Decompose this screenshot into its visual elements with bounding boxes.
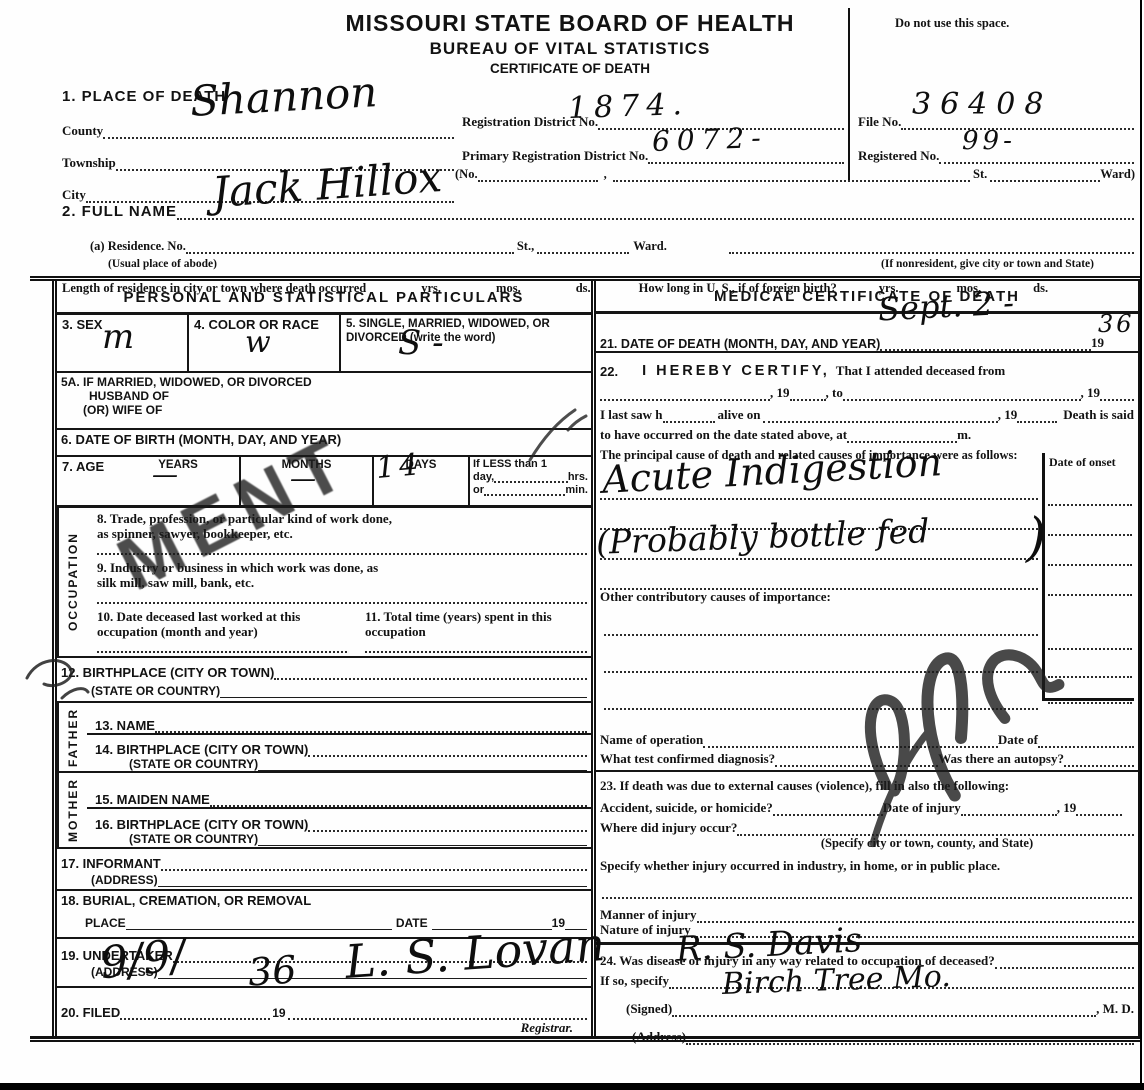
birthplace-12-row: 12. BIRTHPLACE (CITY OR TOWN) (STATE OR … xyxy=(57,658,591,703)
father-birthplace-sub: (STATE OR COUNTRY) xyxy=(129,757,258,771)
sex-label: 3. SEX xyxy=(62,317,102,332)
full-name-label: 2. FULL NAME xyxy=(62,203,177,220)
last-saw-row: I last saw h alive on , 19 Death is said xyxy=(596,401,1138,423)
alive-on-label: alive on xyxy=(715,407,764,423)
birthplace-12-subline xyxy=(220,687,587,698)
date-of-death-handwritten: Sept. 2 - xyxy=(877,286,1014,325)
onset-line-4 xyxy=(1048,585,1132,596)
residence-subnotes-row: (Usual place of abode) (If nonresident, … xyxy=(62,254,1134,270)
father-block: FATHER 13. NAME 14. BIRTHPLACE (CITY OR … xyxy=(57,703,591,773)
sex-race-marital-row: 3. SEX 4. COLOR OR RACE 5. SINGLE, MARRI… xyxy=(57,315,591,373)
marital-handwritten: S - xyxy=(398,326,444,360)
last-saw-label: I last saw h xyxy=(600,407,663,423)
date-of-death-year-handwritten: 36 xyxy=(1098,312,1135,336)
informant-address-label: (ADDRESS) xyxy=(91,873,158,887)
primary-district-handwritten: 6072- xyxy=(652,124,769,156)
manner-line xyxy=(697,912,1134,923)
onset-line-2 xyxy=(1048,525,1132,536)
physician-address-handwritten: Birch Tree Mo. xyxy=(722,962,952,1000)
county-handwritten: Shannon xyxy=(189,71,378,123)
birthplace-12-sub: (STATE OR COUNTRY) xyxy=(91,684,220,698)
medical-header-row: MEDICAL CERTIFICATE OF DEATH xyxy=(596,281,1138,314)
informant-label: 17. INFORMANT xyxy=(61,856,161,871)
filed-19: 19 xyxy=(270,1006,287,1020)
age-cell: 7. AGE xyxy=(57,457,117,505)
residence-st-line xyxy=(537,243,629,254)
last-saw-line1 xyxy=(663,412,715,423)
filed-date-line xyxy=(120,1009,270,1020)
signed-label: (Signed) xyxy=(626,1001,672,1017)
burial-place-label: PLACE xyxy=(85,916,126,930)
certify-rest: That I attended deceased from xyxy=(836,363,1005,379)
filed-label: 20. FILED xyxy=(61,1005,120,1020)
mother-block: MOTHER 15. MAIDEN NAME 16. BIRTHPLACE (C… xyxy=(57,773,591,849)
city-no-label: (No. xyxy=(455,167,478,182)
filed-row: 20. FILED 19 Registrar. xyxy=(57,988,591,1035)
marital-cell: 5. SINGLE, MARRIED, WIDOWED, OR DIVORCED… xyxy=(339,315,591,371)
seg-19c: , 19 xyxy=(998,407,1018,423)
mother-maiden-label: 15. MAIDEN NAME xyxy=(95,792,210,807)
county-label: County xyxy=(62,123,103,139)
accident-label: Accident, suicide, or homicide? xyxy=(600,800,773,816)
alive-on-line xyxy=(763,412,997,423)
birthplace-12-label: 12. BIRTHPLACE (CITY OR TOWN) xyxy=(61,665,274,680)
residence-nonresident-line xyxy=(729,243,1134,254)
hrs-line xyxy=(494,472,568,483)
where-injury-label: Where did injury occur? xyxy=(600,820,737,836)
attended-19a-line xyxy=(790,390,826,401)
attended-to-line xyxy=(843,390,1081,401)
mother-fields: 15. MAIDEN NAME 16. BIRTHPLACE (CITY OR … xyxy=(87,773,591,847)
injury-extra-line xyxy=(602,888,1132,899)
residence-st-label: St., xyxy=(514,239,537,254)
city-ward-line xyxy=(990,171,1100,182)
certify-bold: I HEREBY CERTIFY, xyxy=(624,363,830,379)
mother-maiden-line xyxy=(210,796,587,807)
scan-right-edge xyxy=(1140,0,1142,1090)
scan-bottom-edge xyxy=(0,1083,1144,1090)
sex-handwritten: m xyxy=(102,320,134,354)
abode-note: (Usual place of abode) xyxy=(108,258,217,270)
if-so-label: If so, specify xyxy=(600,973,669,989)
cause-close-paren-handwritten: ) xyxy=(1026,512,1046,564)
date-of-death-line xyxy=(880,340,1091,351)
filed-signature-line xyxy=(288,1009,587,1020)
city-number-row: (No. , St. Ward) xyxy=(455,162,1135,182)
onset-line-1 xyxy=(1048,495,1132,506)
seg-to: , to xyxy=(826,385,843,401)
manner-label: Manner of injury xyxy=(600,907,697,923)
min-label: min. xyxy=(565,484,588,496)
occupation-item-11-wrap: 11. Total time (years) spent in this occ… xyxy=(347,610,587,653)
marital-label: 5. SINGLE, MARRIED, WIDOWED, OR DIVORCED… xyxy=(346,317,586,346)
city-street-line xyxy=(613,171,970,182)
father-birthplace-subline xyxy=(258,760,587,771)
certify-num: 22. xyxy=(600,364,618,379)
residence-label: (a) Residence. No. xyxy=(90,239,186,254)
attended-from-line xyxy=(600,390,770,401)
father-fields: 13. NAME 14. BIRTHPLACE (CITY OR TOWN) (… xyxy=(87,703,591,771)
specify-whether-label: Specify whether injury occurred in indus… xyxy=(600,858,1000,874)
death-certificate-scan: MISSOURI STATE BOARD OF HEALTH BUREAU OF… xyxy=(0,0,1144,1090)
operation-label: Name of operation xyxy=(600,732,703,748)
mother-vertical-label: MOTHER xyxy=(57,773,87,847)
certify-row: 22. I HEREBY CERTIFY, That I attended de… xyxy=(596,353,1138,379)
filed-date-handwritten: 9/9/ xyxy=(98,934,188,987)
father-name-label: 13. NAME xyxy=(95,718,155,733)
city-st-label: St. xyxy=(970,167,990,182)
min-line xyxy=(484,485,565,496)
cause-line-4 xyxy=(600,579,1038,590)
bottom-rule xyxy=(30,1036,1140,1042)
occupation-vertical-label: OCCUPATION xyxy=(57,508,87,656)
nonresident-note: (If nonresident, give city or town and S… xyxy=(881,258,1094,270)
occupation-line-10 xyxy=(97,642,347,653)
signed-line xyxy=(672,1006,1096,1017)
residence-row: (a) Residence. No. St., Ward. xyxy=(62,234,1134,254)
mother-birthplace-line xyxy=(308,821,587,832)
father-vertical-label: FATHER xyxy=(57,703,87,771)
full-name-entry-line xyxy=(177,209,1134,220)
occupation-item-11: 11. Total time (years) spent in this occ… xyxy=(365,610,587,640)
header-divider-line xyxy=(848,8,850,182)
father-birthplace-label: 14. BIRTHPLACE (CITY OR TOWN) xyxy=(95,742,308,757)
date-of-death-row: 21. DATE OF DEATH (MONTH, DAY, AND YEAR)… xyxy=(596,314,1138,353)
file-no-handwritten: 36408 xyxy=(912,90,1052,120)
occupation-related-line xyxy=(995,958,1134,969)
father-name-line xyxy=(155,722,587,733)
color-race-handwritten: w xyxy=(245,328,271,358)
onset-line-3 xyxy=(1048,555,1132,566)
do-not-use-note: Do not use this space. xyxy=(895,16,1009,31)
last-saw-19-line xyxy=(1017,412,1057,423)
informant-line xyxy=(161,860,587,871)
or-label: or xyxy=(473,484,484,496)
registered-no-handwritten: 99- xyxy=(962,128,1016,154)
test-label: What test confirmed diagnosis? xyxy=(600,751,775,767)
occupation-item-10-wrap: 10. Date deceased last worked at this oc… xyxy=(97,610,347,653)
injury-year-line xyxy=(1076,805,1122,816)
birthplace-12-line xyxy=(274,669,587,680)
age-days-handwritten: 14 xyxy=(375,450,424,484)
occurred-m-label: m. xyxy=(957,427,971,443)
age-years-handwritten: — xyxy=(152,462,178,488)
occupation-item-10: 10. Date deceased last worked at this oc… xyxy=(97,610,347,640)
residence-ward-label: Ward. xyxy=(629,239,671,254)
seg-19a: , 19 xyxy=(770,385,790,401)
5a-line1: 5A. IF MARRIED, WIDOWED, OR DIVORCED xyxy=(61,375,587,389)
ifless-day-label: day, xyxy=(473,471,494,483)
physician-signature: R. S. Davis xyxy=(675,923,863,967)
father-birthplace-line xyxy=(308,746,587,757)
burial-label: 18. BURIAL, CREMATION, OR REMOVAL xyxy=(61,893,587,908)
township-label: Township xyxy=(62,155,116,171)
personal-header-row: PERSONAL AND STATISTICAL PARTICULARS xyxy=(57,281,591,315)
attended-dates-row: , 19 , to , 19 xyxy=(596,379,1138,401)
occupation-line-9 xyxy=(97,593,587,604)
city-no-line xyxy=(478,171,598,182)
pen-mark xyxy=(520,400,590,470)
death-is-said: Death is said xyxy=(1057,407,1134,423)
mother-birthplace-subline xyxy=(258,835,587,846)
informant-row: 17. INFORMANT (ADDRESS) xyxy=(57,849,591,891)
reg-district-handwritten: 1874. xyxy=(568,90,690,124)
years-label: YEARS xyxy=(122,459,234,471)
city-comma: , xyxy=(598,167,613,182)
occurred-row: to have occurred on the date stated abov… xyxy=(596,423,1138,443)
date-of-death-label: 21. DATE OF DEATH (MONTH, DAY, AND YEAR) xyxy=(600,337,880,351)
hrs-label: hrs. xyxy=(568,471,588,483)
form-header: MISSOURI STATE BOARD OF HEALTH BUREAU OF… xyxy=(260,10,880,76)
manner-row: Manner of injury xyxy=(596,899,1138,923)
residence-no-line xyxy=(186,243,514,254)
pen-scribble xyxy=(22,648,92,708)
file-no-label: File No. xyxy=(858,114,901,130)
occurred-label: to have occurred on the date stated abov… xyxy=(600,427,847,443)
contributory-label: Other contributory causes of importance: xyxy=(600,589,831,605)
county-entry-line xyxy=(103,128,454,139)
informant-address-line xyxy=(158,876,587,887)
mother-birthplace-sub: (STATE OR COUNTRY) xyxy=(129,832,258,846)
personal-header: PERSONAL AND STATISTICAL PARTICULARS xyxy=(61,283,587,306)
md-label: , M. D. xyxy=(1096,1001,1134,1017)
date-of-onset-label: Date of onset xyxy=(1045,453,1134,470)
5a-line3: (OR) WIFE OF xyxy=(61,403,587,417)
burial-place-line xyxy=(126,919,392,930)
occupation-line-11 xyxy=(365,642,587,653)
mother-birthplace-label: 16. BIRTHPLACE (CITY OR TOWN) xyxy=(95,817,308,832)
seg-19b: , 19 xyxy=(1081,385,1101,401)
filed-year-handwritten: 36 xyxy=(247,950,298,991)
city-ward-label: Ward) xyxy=(1100,167,1135,182)
registrar-label: Registrar. xyxy=(61,1020,587,1036)
5a-line2: HUSBAND OF xyxy=(61,389,587,403)
age-label: 7. AGE xyxy=(62,459,104,474)
form-title: MISSOURI STATE BOARD OF HEALTH xyxy=(260,10,880,37)
attended-19b-line xyxy=(1100,390,1134,401)
burial-date-label: DATE xyxy=(392,916,432,930)
specify-whether-row: Specify whether injury occurred in indus… xyxy=(596,854,1138,874)
form-subtitle: BUREAU OF VITAL STATISTICS xyxy=(260,39,880,59)
